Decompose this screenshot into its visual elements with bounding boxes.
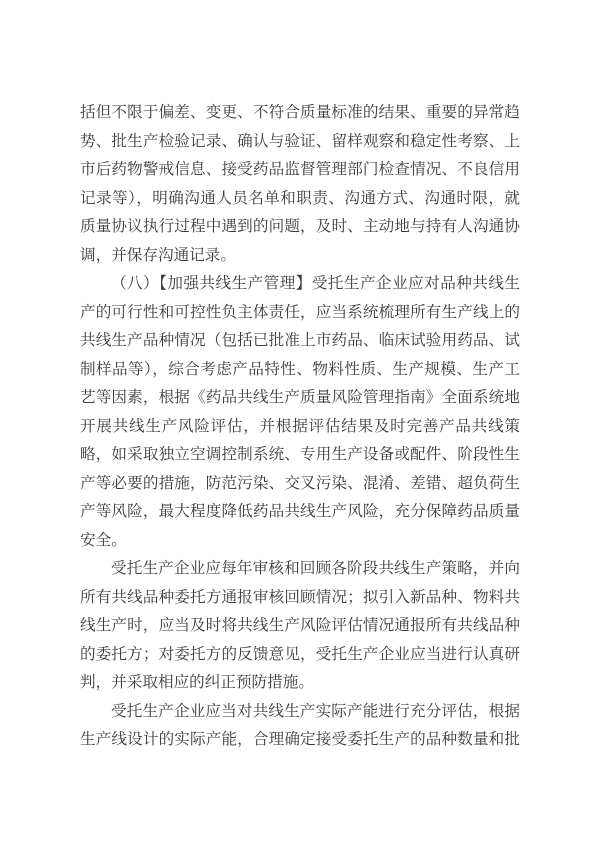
text-line: 艺等因素，根据《药品共线生产质量风险管理指南》全面系统地 xyxy=(80,384,520,413)
text-line: 产等风险，最大程度降低药品共线生产风险，充分保障药品质量 xyxy=(80,498,520,527)
text-line: 记录等），明确沟通人员名单和职责、沟通方式、沟通时限，就 xyxy=(80,185,520,214)
text-line: 判，并采取相应的纠正预防措施。 xyxy=(80,669,520,698)
text-line: 生产线设计的实际产能，合理确定接受委托生产的品种数量和批 xyxy=(80,726,520,755)
text-line: 共线生产品种情况（包括已批准上市药品、临床试验用药品、试 xyxy=(80,327,520,356)
text-line: 括但不限于偏差、变更、不符合质量标准的结果、重要的异常趋 xyxy=(80,99,520,128)
text-line: 受托生产企业应每年审核和回顾各阶段共线生产策略，并向 xyxy=(80,555,520,584)
text-line: 所有共线品种委托方通报审核回顾情况；拟引入新品种、物料共 xyxy=(80,584,520,613)
text-line: 产的可行性和可控性负主体责任，应当系统梳理所有生产线上的 xyxy=(80,299,520,328)
text-line: 制样品等），综合考虑产品特性、物料性质、生产规模、生产工 xyxy=(80,356,520,385)
text-line: 受托生产企业应当对共线生产实际产能进行充分评估，根据 xyxy=(80,698,520,727)
text-line: 的委托方；对委托方的反馈意见，受托生产企业应当进行认真研 xyxy=(80,641,520,670)
document-text-block: 括但不限于偏差、变更、不符合质量标准的结果、重要的异常趋 势、批生产检验记录、确… xyxy=(80,99,520,755)
text-line: 开展共线生产风险评估，并根据评估结果及时完善产品共线策 xyxy=(80,413,520,442)
text-line: 安全。 xyxy=(80,527,520,556)
document-page: 括但不限于偏差、变更、不符合质量标准的结果、重要的异常趋 势、批生产检验记录、确… xyxy=(0,0,600,848)
text-line: 势、批生产检验记录、确认与验证、留样观察和稳定性考察、上 xyxy=(80,128,520,157)
text-line: （八）【加强共线生产管理】受托生产企业应对品种共线生 xyxy=(80,270,520,299)
text-line: 调，并保存沟通记录。 xyxy=(80,242,520,271)
text-line: 略，如采取独立空调控制系统、专用生产设备或配件、阶段性生 xyxy=(80,441,520,470)
text-line: 质量协议执行过程中遇到的问题，及时、主动地与持有人沟通协 xyxy=(80,213,520,242)
text-line: 市后药物警戒信息、接受药品监督管理部门检查情况、不良信用 xyxy=(80,156,520,185)
text-line: 线生产时，应当及时将共线生产风险评估情况通报所有共线品种 xyxy=(80,612,520,641)
text-line: 产等必要的措施，防范污染、交叉污染、混淆、差错、超负荷生 xyxy=(80,470,520,499)
